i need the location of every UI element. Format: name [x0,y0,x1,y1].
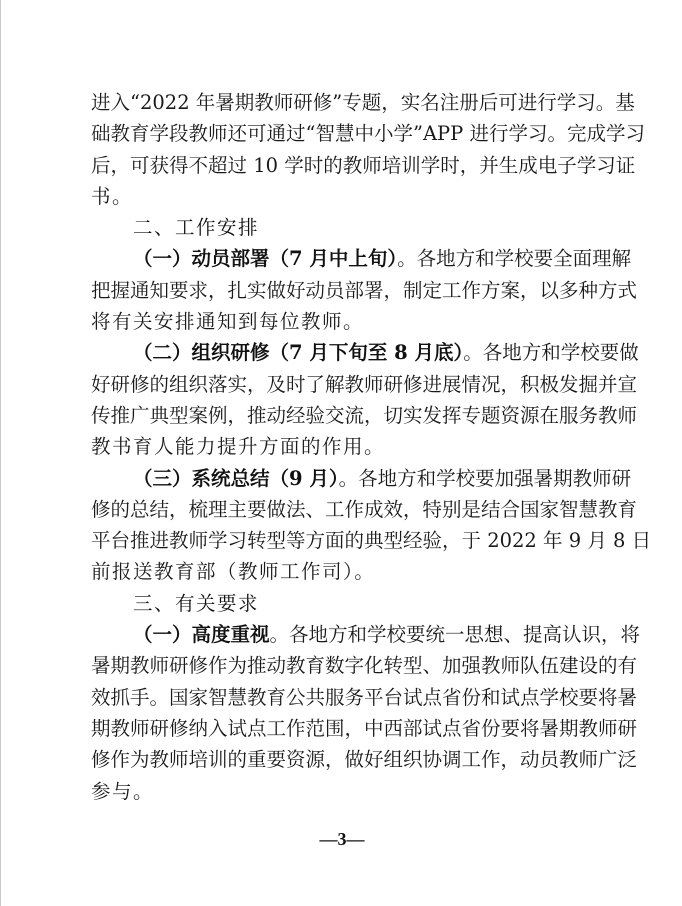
text-line: 书。 [91,181,596,212]
text-line: （三）系统总结（9 月）。各地方和学校要加强暑期教师研 [91,463,596,494]
paragraph-mobilization: （一）动员部署（7 月中上旬）。各地方和学校要全面理解 把握通知要求，扎实做好动… [91,243,596,337]
text-run: 。各地方和学校要做 [463,341,639,364]
text-line: （二）组织研修（7 月下旬至 8 月底）。各地方和学校要做 [91,337,596,368]
text-line: 期教师研修纳入试点工作范围，中西部试点省份要将暑期教师研 [91,713,596,744]
text-run: 。各地方和学校要统一思想、提高认识，将 [270,623,641,646]
paragraph-organize-training: （二）组织研修（7 月下旬至 8 月底）。各地方和学校要做 好研修的组织落实，及… [91,337,596,462]
text-line: （一）高度重视。各地方和学校要统一思想、提高认识，将 [91,619,596,650]
subhead-organize-training: （二）组织研修（7 月下旬至 8 月底） [133,341,463,364]
paragraph-summary: （三）系统总结（9 月）。各地方和学校要加强暑期教师研 修的总结，梳理主要做法、… [91,463,596,588]
text-line: 修的总结，梳理主要做法、工作成效，特别是结合国家智慧教育 [91,494,596,525]
text-run: 。各地方和学校要加强暑期教师研 [339,467,632,490]
subhead-summary: （三）系统总结（9 月） [133,467,339,490]
text-line: 后，可获得不超过 10 学时的教师培训学时，并生成电子学习证 [91,150,596,181]
text-line: 前报送教育部（教师工作司）。 [91,556,596,587]
text-line: 进入“2022 年暑期教师研修”专题，实名注册后可进行学习。基 [91,87,596,118]
text-line: 础教育学段教师还可通过“智慧中小学”APP 进行学习。完成学习 [91,118,596,149]
subhead-high-priority: （一）高度重视 [133,623,270,646]
text-line: 将有关安排通知到每位教师。 [91,306,596,337]
section-heading-work-arrangement: 二、工作安排 [91,212,596,243]
document-page: 进入“2022 年暑期教师研修”专题，实名注册后可进行学习。基 础教育学段教师还… [0,0,682,906]
text-line: 暑期教师研修作为推动教育数字化转型、加强教师队伍建设的有 [91,650,596,681]
page-number: —3— [1,829,682,850]
section-heading-requirements: 三、有关要求 [91,588,596,619]
text-line: （一）动员部署（7 月中上旬）。各地方和学校要全面理解 [91,243,596,274]
text-line: 教书育人能力提升方面的作用。 [91,431,596,462]
text-line: 传推广典型案例，推动经验交流，切实发挥专题资源在服务教师 [91,400,596,431]
text-line: 修作为教师培训的重要资源，做好组织协调工作，动员教师广泛 [91,744,596,775]
paragraph-high-priority: （一）高度重视。各地方和学校要统一思想、提高认识，将 暑期教师研修作为推动教育数… [91,619,596,807]
document-body: 进入“2022 年暑期教师研修”专题，实名注册后可进行学习。基 础教育学段教师还… [91,87,596,807]
text-line: 效抓手。国家智慧教育公共服务平台试点省份和试点学校要将暑 [91,682,596,713]
paragraph-intro-continuation: 进入“2022 年暑期教师研修”专题，实名注册后可进行学习。基 础教育学段教师还… [91,87,596,212]
text-line: 把握通知要求，扎实做好动员部署，制定工作方案，以多种方式 [91,275,596,306]
text-line: 参与。 [91,776,596,807]
subhead-mobilization: （一）动员部署（7 月中上旬） [133,247,397,270]
text-run: 。各地方和学校要全面理解 [397,247,631,270]
text-line: 好研修的组织落实，及时了解教师研修进展情况，积极发掘并宣 [91,369,596,400]
text-line: 平台推进教师学习转型等方面的典型经验，于 2022 年 9 月 8 日 [91,525,596,556]
